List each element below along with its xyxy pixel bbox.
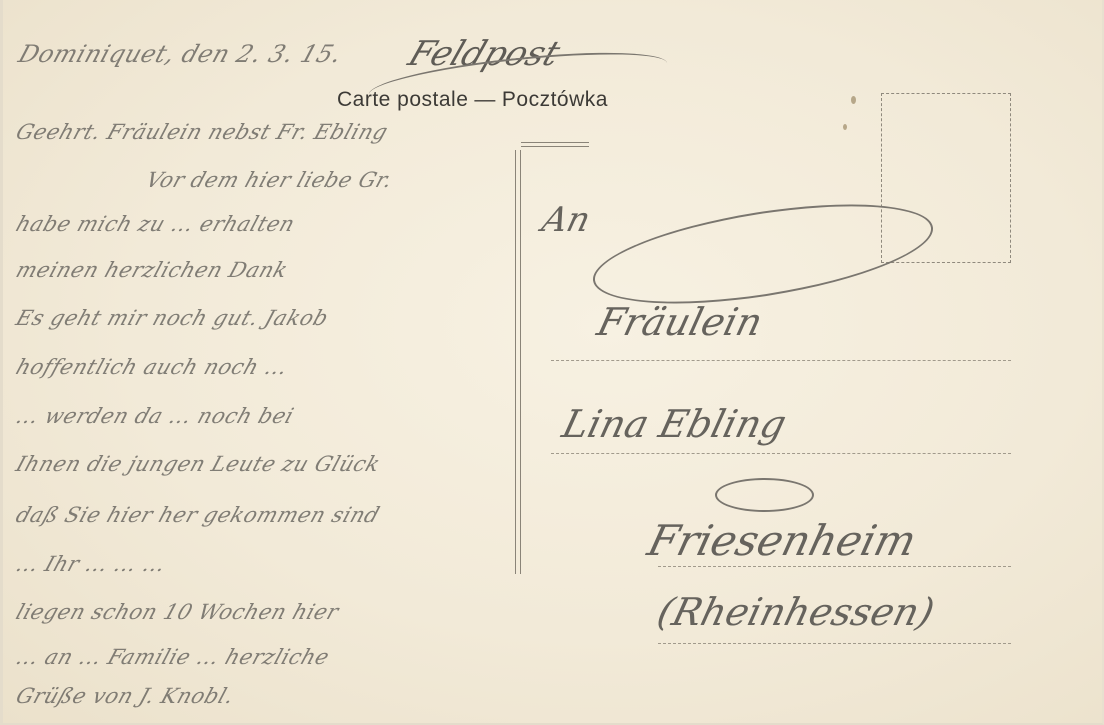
message-line: Ihnen die jungen Leute zu Glück: [13, 452, 383, 476]
message-line: daß Sie hier her gekommen sind: [13, 503, 383, 527]
address-dotted-line-2: [551, 453, 1011, 454]
address-line-1: Fräulein: [593, 300, 767, 344]
postcard-back: Carte postale—Pocztówka Feldpost Dominiq…: [0, 0, 1104, 725]
paper-speck: [851, 96, 856, 104]
address-dotted-line-3: [658, 566, 1011, 567]
message-line: ... Ihr ... ... ...: [13, 552, 169, 576]
divider-vertical-1: [515, 150, 516, 574]
message-line: meinen herzlichen Dank: [13, 258, 291, 282]
message-line: Es geht mir noch gut. Jakob: [13, 306, 332, 330]
address-dotted-line-1: [551, 360, 1011, 361]
divider-top-line-1: [521, 142, 589, 143]
divider-top-line-2: [521, 146, 589, 147]
address-dotted-line-4: [658, 643, 1011, 644]
message-line: ... an ... Familie ... herzliche: [13, 645, 333, 669]
address-line-4: (Rheinhessen): [653, 590, 939, 634]
message-line: Geehrt. Fräulein nebst Fr. Ebling: [13, 120, 391, 144]
message-line: liegen schon 10 Wochen hier: [13, 600, 342, 624]
divider-vertical-2: [520, 150, 521, 574]
message-line: Grüße von J. Knobl.: [13, 684, 237, 708]
dateline: Dominiquet, den 2. 3. 15.: [15, 40, 346, 68]
message-line: hoffentlich auch noch ...: [13, 355, 291, 379]
address-line-3: Friesenheim: [643, 516, 921, 565]
message-line: habe mich zu ... erhalten: [13, 212, 298, 236]
message-line: Vor dem hier liebe Gr.: [143, 168, 396, 192]
address-line-3-flourish: [715, 478, 814, 512]
paper-speck: [843, 124, 847, 130]
message-line: ... werden da ... noch bei: [13, 404, 297, 428]
address-salutation: An: [538, 200, 594, 240]
address-line-2: Lina Ebling: [558, 402, 791, 446]
